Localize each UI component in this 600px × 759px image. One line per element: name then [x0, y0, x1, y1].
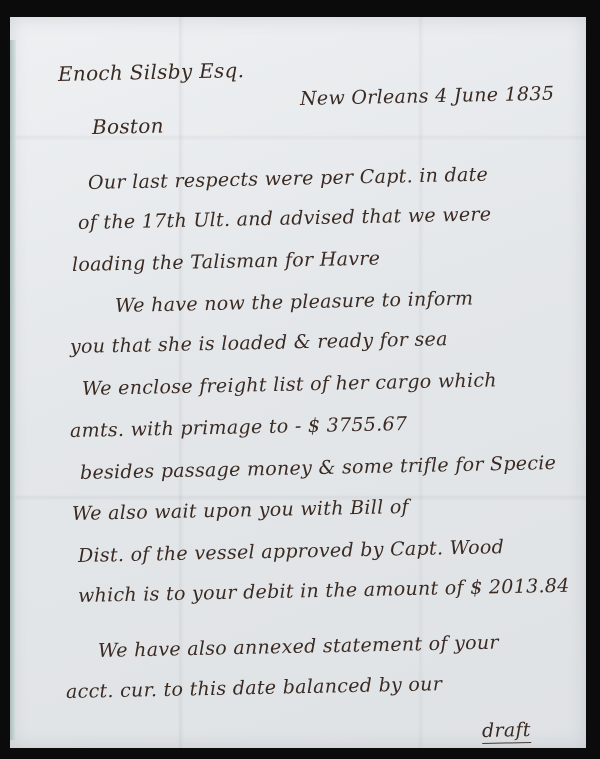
letter-line-14-signoff: draft: [482, 719, 531, 744]
paper-edge-fold: [10, 40, 16, 740]
addressee-name: Enoch Silsby Esq.: [58, 58, 245, 86]
addressee-place: Boston: [92, 113, 164, 138]
